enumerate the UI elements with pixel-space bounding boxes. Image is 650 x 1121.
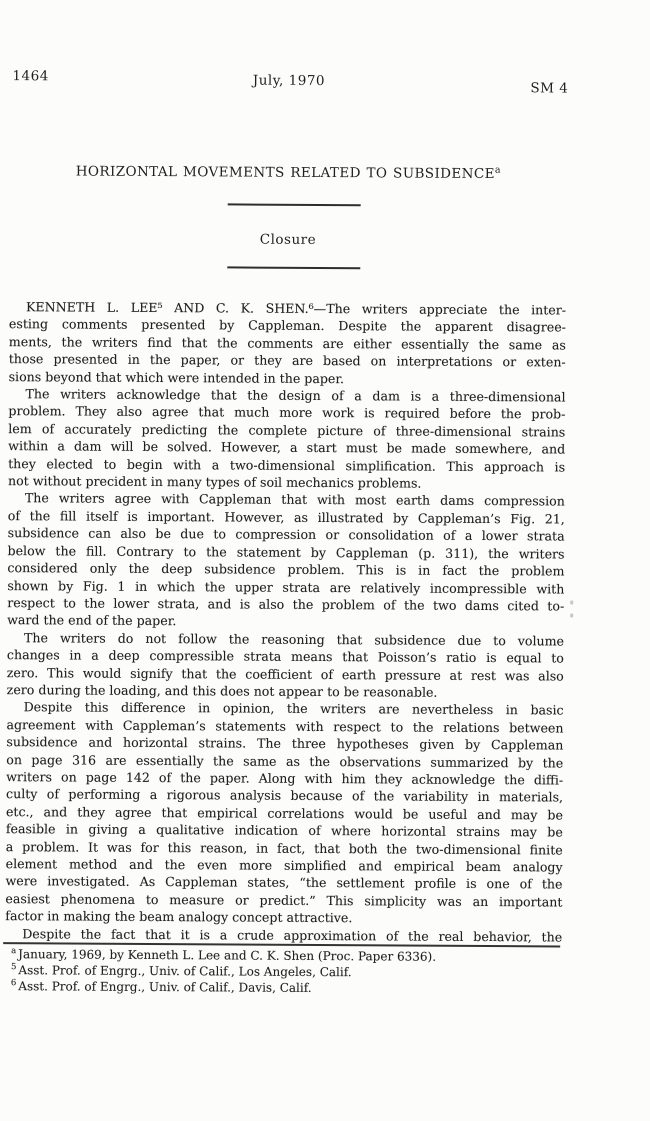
- title-footnote-marker: a: [495, 165, 501, 176]
- issue-date: July, 1970: [10, 71, 567, 90]
- article-body: KENNETH L. LEE⁵ AND C. K. SHEN.⁶—The wri…: [5, 298, 566, 945]
- footnotes: aJanuary, 1969, by Kenneth L. Lee and C.…: [11, 946, 556, 998]
- journal-issue-code: SM 4: [530, 80, 568, 96]
- scan-artifact-dot: [570, 614, 573, 618]
- scanned-journal-page: 1464 July, 1970 SM 4 HORIZONTAL MOVEMENT…: [0, 0, 650, 1121]
- article-title: HORIZONTAL MOVEMENTS RELATED TO SUBSIDEN…: [10, 163, 567, 182]
- footnote: 6Asst. Prof. of Engrg., Univ. of Calif.,…: [11, 978, 556, 998]
- footnote-marker: a: [11, 946, 16, 956]
- footnote-marker: 6: [11, 978, 16, 988]
- section-label-closure: Closure: [9, 230, 566, 249]
- title-divider-rule: [228, 203, 361, 206]
- article-title-text: HORIZONTAL MOVEMENTS RELATED TO SUBSIDEN…: [76, 164, 495, 183]
- closure-divider-rule: [227, 266, 360, 269]
- scan-content: 1464 July, 1970 SM 4 HORIZONTAL MOVEMENT…: [0, 0, 650, 1121]
- scan-artifact-dot: [570, 601, 573, 605]
- footnote-marker: 5: [11, 962, 16, 972]
